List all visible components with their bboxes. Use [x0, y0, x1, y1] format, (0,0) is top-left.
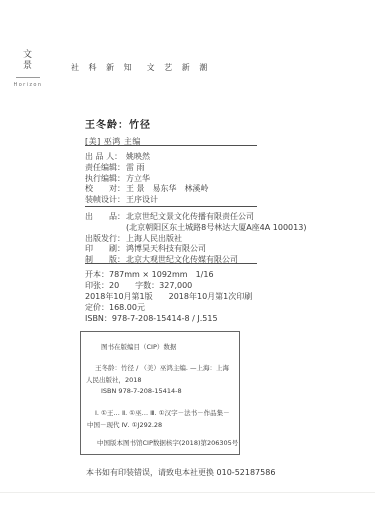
cip-record-number: 中国版本图书馆CIP数据核字(2018)第206305号 [97, 438, 238, 447]
credit-row-producer: 出 品 人： 姚映然 [85, 152, 209, 163]
divider-publisher [85, 263, 257, 264]
divider-title [85, 145, 257, 146]
publisher-value: 北京世纪文景文化传播有限责任公司 [126, 212, 254, 223]
publisher-value: 鸿博昊天科技有限公司 [126, 244, 206, 255]
credits-block: 出 品 人： 姚映然 责任编辑： 雷 雨 执行编辑： 方立华 校 对： 王 景 … [85, 152, 209, 206]
publisher-value: 上海人民出版社 [126, 234, 182, 245]
publisher-row-printer: 印 刷： 鸿博昊天科技有限公司 [85, 244, 306, 255]
publisher-label [85, 223, 126, 234]
publisher-label: 制 版： [85, 255, 126, 266]
credit-value: 方立华 [126, 174, 150, 185]
credit-value: 王序设计 [126, 195, 158, 206]
cip-isbn: ISBN 978-7-208-15414-8 [101, 387, 182, 395]
publisher-row-platemaking: 制 版： 北京大观世纪文化传媒有限公司 [85, 255, 306, 266]
credit-row-executive-editor: 执行编辑： 方立华 [85, 174, 209, 185]
credit-label: 装帧设计： [85, 195, 126, 206]
specs-block: 开本：787mm × 1092mm 1/16 印张：20 字数：327,000 … [85, 269, 252, 324]
cip-classification-line-2: 中国－现代 Ⅳ. ①J292.28 [87, 420, 162, 429]
logo-hanzi-bottom: 景 [13, 61, 43, 72]
spec-edition: 2018年10月第1版 2018年10月第1次印刷 [85, 291, 252, 302]
publisher-row-publish: 出版发行： 上海人民出版社 [85, 234, 306, 245]
publisher-logo: 文 景 Horizon [13, 50, 43, 88]
publisher-label: 出版发行： [85, 234, 126, 245]
logo-horizon-label: Horizon [13, 82, 43, 88]
publisher-value: (北京朝阳区东土城路8号林达大厦A座4A 100013) [126, 223, 306, 234]
logo-divider [16, 77, 40, 78]
cip-box: 图书在版编目（CIP）数据 王冬龄：竹径 / （美）巫鸿主编. —上海：上海 人… [80, 331, 240, 455]
credit-label: 出 品 人： [85, 152, 126, 163]
cip-classification-line-1: Ⅰ. ①王… Ⅱ. ①巫… Ⅲ. ①汉字－法书－作品集－ [95, 408, 230, 417]
cip-title-line-1: 王冬龄：竹径 / （美）巫鸿主编. —上海：上海 [95, 363, 229, 372]
credit-value: 雷 雨 [126, 163, 145, 174]
credit-label: 校 对： [85, 184, 126, 195]
spec-format: 开本：787mm × 1092mm 1/16 [85, 269, 252, 280]
credit-label: 执行编辑： [85, 174, 126, 185]
spec-price: 定价：168.00元 [85, 302, 252, 313]
cip-title-line-2: 人民出版社，2018 [86, 375, 142, 384]
credit-value: 姚映然 [126, 152, 150, 163]
divider-credits [85, 206, 257, 207]
credit-row-proofreaders: 校 对： 王 景 易东华 林溪岭 [85, 184, 209, 195]
misprint-notice: 本书如有印装错误，请致电本社更换 010-52187586 [86, 467, 275, 478]
credit-row-design: 装帧设计： 王序设计 [85, 195, 209, 206]
publisher-value: 北京大观世纪文化传媒有限公司 [126, 255, 238, 266]
spec-sheets-wordcount: 印张：20 字数：327,000 [85, 280, 252, 291]
publisher-row-producer: 出 品： 北京世纪文景文化传播有限责任公司 [85, 212, 306, 223]
publisher-block: 出 品： 北京世纪文景文化传播有限责任公司 (北京朝阳区东土城路8号林达大厦A座… [85, 212, 306, 266]
title-block: 王冬龄：竹径 [美] 巫鸿 主编 [85, 116, 151, 147]
logo-hanzi-top: 文 [13, 50, 43, 61]
scan-artifact-line [0, 492, 375, 493]
credit-value: 王 景 易东华 林溪岭 [126, 184, 209, 195]
publisher-row-address: (北京朝阳区东土城路8号林达大厦A座4A 100013) [85, 223, 306, 234]
publisher-label: 印 刷： [85, 244, 126, 255]
publisher-label: 出 品： [85, 212, 126, 223]
credit-row-editor: 责任编辑： 雷 雨 [85, 163, 209, 174]
cip-heading: 图书在版编目（CIP）数据 [101, 342, 176, 351]
book-title: 王冬龄：竹径 [85, 116, 151, 131]
brand-slogan: 社 科 新 知 文 艺 新 潮 [71, 62, 211, 73]
credit-label: 责任编辑： [85, 163, 126, 174]
colophon-page: 文 景 Horizon 社 科 新 知 文 艺 新 潮 王冬龄：竹径 [美] 巫… [0, 0, 375, 518]
spec-isbn: ISBN：978-7-208-15414-8 / J.515 [85, 313, 252, 324]
